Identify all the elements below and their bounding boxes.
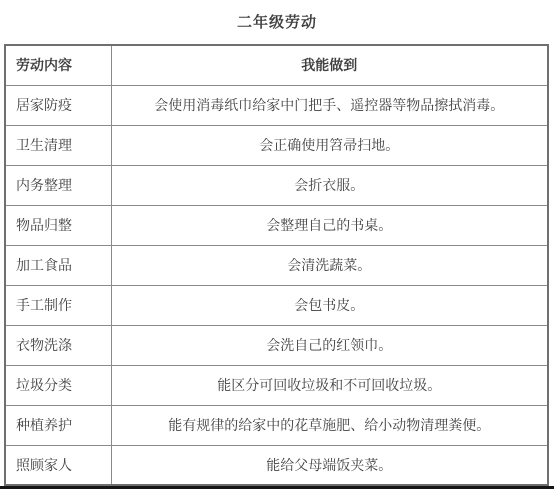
header-labor-content: 劳动内容 (5, 45, 111, 85)
labor-content-cell: 衣物洗涤 (5, 325, 111, 365)
labor-content-cell: 照顾家人 (5, 445, 111, 485)
ability-cell: 会正确使用笤帚扫地。 (111, 125, 548, 165)
ability-cell: 会包书皮。 (111, 285, 548, 325)
table-header: 劳动内容 我能做到 (5, 45, 548, 85)
labor-content-cell: 种植养护 (5, 405, 111, 445)
labor-content-cell: 手工制作 (5, 285, 111, 325)
labor-content-cell: 物品归整 (5, 205, 111, 245)
table-row: 卫生清理会正确使用笤帚扫地。 (5, 125, 548, 165)
table-body: 居家防疫会使用消毒纸巾给家中门把手、遥控器等物品擦拭消毒。卫生清理会正确使用笤帚… (5, 85, 548, 485)
labor-content-cell: 垃圾分类 (5, 365, 111, 405)
table-row: 垃圾分类能区分可回收垃圾和不可回收垃圾。 (5, 365, 548, 405)
table-row: 种植养护能有规律的给家中的花草施肥、给小动物清理粪便。 (5, 405, 548, 445)
ability-cell: 会洗自己的红领巾。 (111, 325, 548, 365)
table-row: 内务整理会折衣服。 (5, 165, 548, 205)
ability-cell: 会折衣服。 (111, 165, 548, 205)
ability-cell: 会清洗蔬菜。 (111, 245, 548, 285)
labor-content-cell: 卫生清理 (5, 125, 111, 165)
labor-table: 劳动内容 我能做到 居家防疫会使用消毒纸巾给家中门把手、遥控器等物品擦拭消毒。卫… (4, 44, 549, 486)
table-row: 手工制作会包书皮。 (5, 285, 548, 325)
bottom-divider (0, 486, 554, 489)
ability-cell: 能区分可回收垃圾和不可回收垃圾。 (111, 365, 548, 405)
labor-content-cell: 内务整理 (5, 165, 111, 205)
table-row: 照顾家人能给父母端饭夹菜。 (5, 445, 548, 485)
table-row: 加工食品会清洗蔬菜。 (5, 245, 548, 285)
table-row: 衣物洗涤会洗自己的红领巾。 (5, 325, 548, 365)
table-row: 居家防疫会使用消毒纸巾给家中门把手、遥控器等物品擦拭消毒。 (5, 85, 548, 125)
ability-cell: 会整理自己的书桌。 (111, 205, 548, 245)
page-title: 二年级劳动 (0, 11, 554, 32)
labor-content-cell: 居家防疫 (5, 85, 111, 125)
labor-content-cell: 加工食品 (5, 245, 111, 285)
document-page: 二年级劳动 劳动内容 我能做到 居家防疫会使用消毒纸巾给家中门把手、遥控器等物品… (0, 0, 554, 491)
ability-cell: 能给父母端饭夹菜。 (111, 445, 548, 485)
ability-cell: 能有规律的给家中的花草施肥、给小动物清理粪便。 (111, 405, 548, 445)
table-row: 物品归整会整理自己的书桌。 (5, 205, 548, 245)
header-row: 劳动内容 我能做到 (5, 45, 548, 85)
ability-cell: 会使用消毒纸巾给家中门把手、遥控器等物品擦拭消毒。 (111, 85, 548, 125)
header-ability: 我能做到 (111, 45, 548, 85)
